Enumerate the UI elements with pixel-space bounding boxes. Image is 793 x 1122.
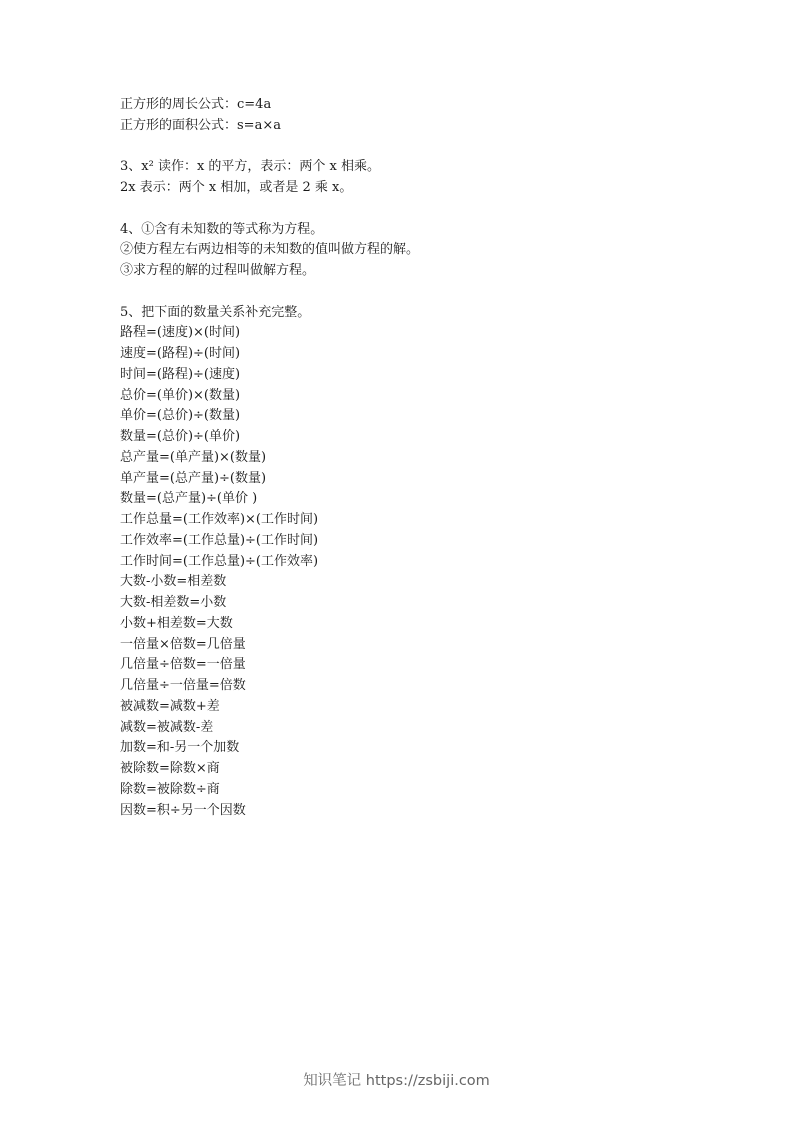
square-perimeter-formula: 正方形的周长公式：c=4a [120, 95, 680, 116]
square-area-formula: 正方形的面积公式：s=a×a [120, 116, 680, 137]
relation-line: 单产量=(总产量)÷(数量) [120, 469, 680, 490]
relation-line: 数量=(总价)÷(单价) [120, 427, 680, 448]
relation-line: 小数+相差数=大数 [120, 614, 680, 635]
relation-line: 减数=被减数-差 [120, 718, 680, 739]
relation-line: 除数=被除数÷商 [120, 780, 680, 801]
relation-line: 因数=积÷另一个因数 [120, 801, 680, 822]
relation-line: 单价=(总价)÷(数量) [120, 406, 680, 427]
relation-line: 工作效率=(工作总量)÷(工作时间) [120, 531, 680, 552]
relation-line: 被除数=除数×商 [120, 759, 680, 780]
relation-line: 总价=(单价)×(数量) [120, 386, 680, 407]
relation-line: 路程=(速度)×(时间) [120, 323, 680, 344]
relation-line: 大数-小数=相差数 [120, 572, 680, 593]
section-4-line-3: ③求方程的解的过程叫做解方程。 [120, 261, 680, 282]
relation-line: 总产量=(单产量)×(数量) [120, 448, 680, 469]
relation-line: 工作时间=(工作总量)÷(工作效率) [120, 552, 680, 573]
section-3-line-1: 3、x² 读作：x 的平方，表示：两个 x 相乘。 [120, 157, 680, 178]
footer-watermark: 知识笔记 https://zsbiji.com [0, 1069, 793, 1090]
section-5-heading: 5、把下面的数量关系补充完整。 [120, 303, 680, 324]
relation-line: 大数-相差数=小数 [120, 593, 680, 614]
section-4-line-2: ②使方程左右两边相等的未知数的值叫做方程的解。 [120, 240, 680, 261]
spacer [120, 137, 680, 158]
relation-line: 被减数=减数+差 [120, 697, 680, 718]
relation-line: 速度=(路程)÷(时间) [120, 344, 680, 365]
section-4-line-1: 4、①含有未知数的等式称为方程。 [120, 220, 680, 241]
relation-line: 几倍量÷一倍量=倍数 [120, 676, 680, 697]
spacer [120, 282, 680, 303]
relation-line: 几倍量÷倍数=一倍量 [120, 655, 680, 676]
relation-line: 数量=(总产量)÷(单价 ) [120, 489, 680, 510]
section-3-line-2: 2x 表示：两个 x 相加，或者是 2 乘 x。 [120, 178, 680, 199]
relation-line: 工作总量=(工作效率)×(工作时间) [120, 510, 680, 531]
spacer [120, 199, 680, 220]
relation-line: 加数=和-另一个加数 [120, 738, 680, 759]
document-body: 正方形的周长公式：c=4a 正方形的面积公式：s=a×a 3、x² 读作：x 的… [120, 95, 680, 821]
relation-line: 时间=(路程)÷(速度) [120, 365, 680, 386]
relation-line: 一倍量×倍数=几倍量 [120, 635, 680, 656]
